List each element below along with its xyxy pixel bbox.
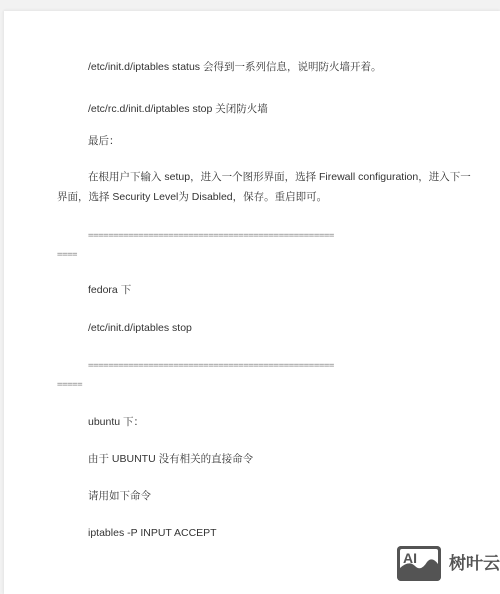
separator-line-2-wrap: ===== bbox=[57, 378, 82, 392]
watermark-brand: 树叶云 bbox=[449, 555, 500, 572]
paragraph-ubuntu-no-command: 由于 UBUNTU 没有相关的直接命令 bbox=[88, 452, 253, 466]
paragraph-iptables-accept: iptables -P INPUT ACCEPT bbox=[88, 526, 217, 540]
paragraph-setup-line2: 界面，选择 Security Level为 Disabled，保存。重启即可。 bbox=[57, 190, 327, 204]
paragraph-fedora: fedora 下 bbox=[88, 283, 131, 297]
document-page: /etc/init.d/iptables status 会得到一系列信息，说明防… bbox=[4, 11, 500, 594]
separator-line-2: ========================================… bbox=[88, 359, 334, 373]
ai-landscape-logo-icon: AI bbox=[397, 546, 441, 581]
paragraph-ubuntu: ubuntu 下： bbox=[88, 415, 144, 429]
watermark-logo: AI 树叶云 bbox=[397, 546, 500, 581]
paragraph-use-command: 请用如下命令 bbox=[88, 489, 151, 503]
svg-text:AI: AI bbox=[403, 550, 417, 566]
paragraph-iptables-status: /etc/init.d/iptables status 会得到一系列信息，说明防… bbox=[88, 60, 381, 74]
paragraph-finally: 最后： bbox=[88, 134, 120, 148]
paragraph-iptables-stop-rc: /etc/rc.d/init.d/iptables stop 关闭防火墙 bbox=[88, 102, 268, 116]
paragraph-fedora-command: /etc/init.d/iptables stop bbox=[88, 321, 192, 335]
separator-line-1-wrap: ==== bbox=[57, 248, 77, 262]
paragraph-setup-line1: 在根用户下输入 setup，进入一个图形界面，选择 Firewall confi… bbox=[88, 170, 471, 184]
separator-line-1: ========================================… bbox=[88, 229, 334, 243]
